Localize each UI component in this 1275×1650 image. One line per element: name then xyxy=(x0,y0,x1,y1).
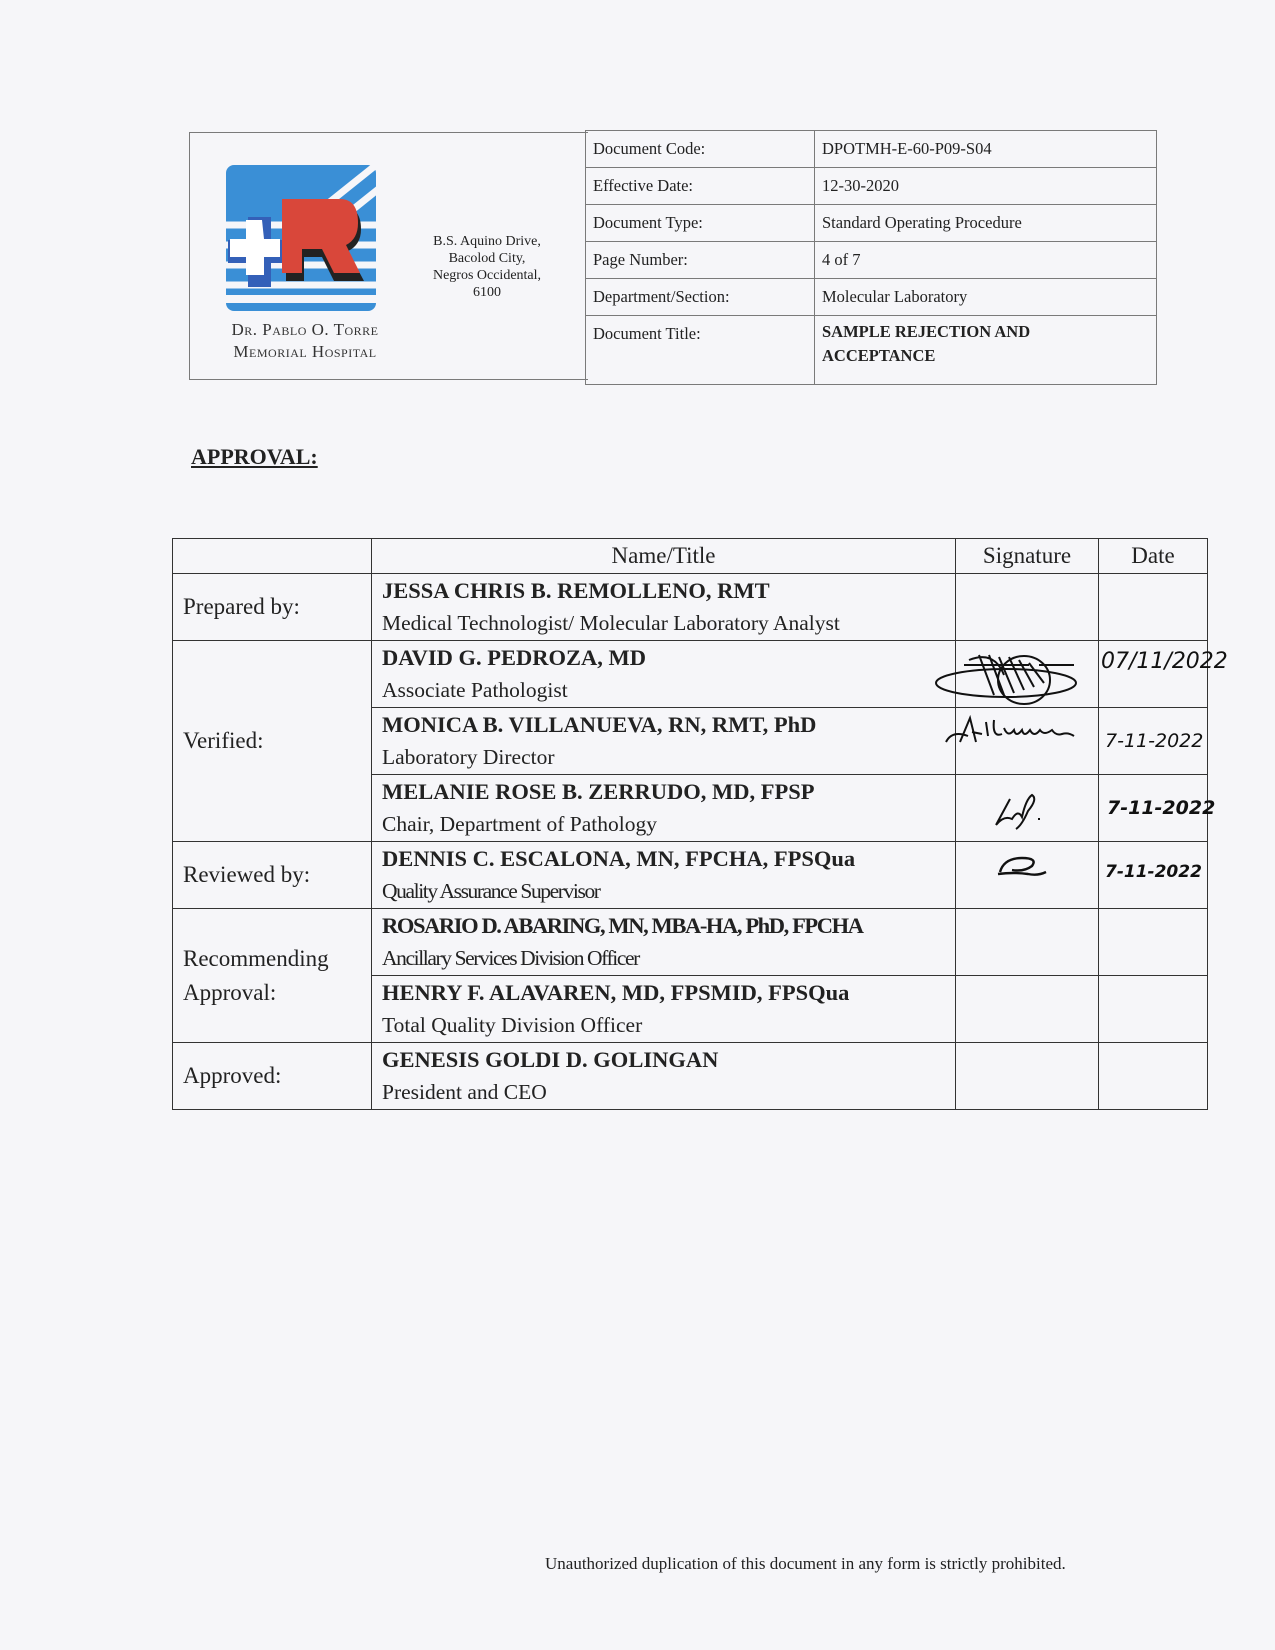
hospital-logo-icon xyxy=(226,165,382,313)
hospital-name: Dr. Pablo O. Torre Memorial Hospital xyxy=(200,319,410,363)
signature-cell[interactable] xyxy=(956,641,1099,708)
signature-cell[interactable] xyxy=(956,909,1099,976)
document-title: SAMPLE REJECTION AND ACCEPTANCE xyxy=(815,316,1157,385)
table-row: Prepared by: JESSA CHRIS B. REMOLLENO, R… xyxy=(173,574,1208,641)
date-cell[interactable] xyxy=(1099,976,1208,1043)
effective-date: 12-30-2020 xyxy=(815,168,1157,205)
document-type: Standard Operating Procedure xyxy=(815,205,1157,242)
person-name-title: MELANIE ROSE B. ZERRUDO, MD, FPSP Chair,… xyxy=(372,775,956,842)
date-cell[interactable]: 7-11-2022 xyxy=(1099,775,1208,842)
role-approved: Approved: xyxy=(173,1043,372,1110)
table-row: Reviewed by: DENNIS C. ESCALONA, MN, FPC… xyxy=(173,842,1208,909)
person-name-title: GENESIS GOLDI D. GOLINGAN President and … xyxy=(372,1043,956,1110)
date-cell[interactable] xyxy=(1099,909,1208,976)
meta-row-title: Document Title: SAMPLE REJECTION AND ACC… xyxy=(586,316,1157,385)
column-header-name-title: Name/Title xyxy=(372,539,956,574)
date-cell[interactable]: 07/11/2022 xyxy=(1099,641,1208,708)
document-meta-table: Document Code: DPOTMH-E-60-P09-S04 Effec… xyxy=(585,130,1157,385)
person-name-title: DENNIS C. ESCALONA, MN, FPCHA, FPSQua Qu… xyxy=(372,842,956,909)
meta-row-code: Document Code: DPOTMH-E-60-P09-S04 xyxy=(586,131,1157,168)
signature-cell[interactable] xyxy=(956,574,1099,641)
handwritten-date: 7-11-2022 xyxy=(1105,862,1202,882)
signature-cell[interactable] xyxy=(956,976,1099,1043)
meta-row-effective-date: Effective Date: 12-30-2020 xyxy=(586,168,1157,205)
signature-cell[interactable] xyxy=(956,775,1099,842)
table-row: Recommending Approval: ROSARIO D. ABARIN… xyxy=(173,909,1208,976)
meta-row-page: Page Number: 4 of 7 xyxy=(586,242,1157,279)
handwritten-signature-icon xyxy=(942,712,1082,752)
approval-heading: APPROVAL: xyxy=(191,444,318,470)
person-name-title: JESSA CHRIS B. REMOLLENO, RMT Medical Te… xyxy=(372,574,956,641)
column-header-date: Date xyxy=(1099,539,1208,574)
role-verified: Verified: xyxy=(173,641,372,842)
person-name-title: DAVID G. PEDROZA, MD Associate Pathologi… xyxy=(372,641,956,708)
date-cell[interactable] xyxy=(1099,1043,1208,1110)
signature-cell[interactable] xyxy=(956,1043,1099,1110)
approval-table: Name/Title Signature Date Prepared by: J… xyxy=(172,538,1208,1110)
hospital-address: B.S. Aquino Drive, Bacolod City, Negros … xyxy=(412,233,562,301)
table-row: Approved: GENESIS GOLDI D. GOLINGAN Pres… xyxy=(173,1043,1208,1110)
document-code: DPOTMH-E-60-P09-S04 xyxy=(815,131,1157,168)
document-header: Dr. Pablo O. Torre Memorial Hospital B.S… xyxy=(189,130,1157,380)
table-row: Verified: DAVID G. PEDROZA, MD Associate… xyxy=(173,641,1208,708)
handwritten-signature-icon xyxy=(992,785,1052,833)
role-prepared-by: Prepared by: xyxy=(173,574,372,641)
signature-cell[interactable] xyxy=(956,842,1099,909)
hospital-identity: Dr. Pablo O. Torre Memorial Hospital B.S… xyxy=(189,132,588,380)
handwritten-date: 7-11-2022 xyxy=(1107,797,1215,819)
footer-notice: Unauthorized duplication of this documen… xyxy=(545,1554,1066,1574)
handwritten-date: 07/11/2022 xyxy=(1101,649,1228,674)
handwritten-signature-icon xyxy=(934,635,1094,715)
date-cell[interactable]: 7-11-2022 xyxy=(1099,842,1208,909)
handwritten-signature-icon xyxy=(994,852,1050,880)
table-header-row: Name/Title Signature Date xyxy=(173,539,1208,574)
person-name-title: MONICA B. VILLANUEVA, RN, RMT, PhD Labor… xyxy=(372,708,956,775)
meta-row-department: Department/Section: Molecular Laboratory xyxy=(586,279,1157,316)
page-number: 4 of 7 xyxy=(815,242,1157,279)
meta-row-type: Document Type: Standard Operating Proced… xyxy=(586,205,1157,242)
role-reviewed-by: Reviewed by: xyxy=(173,842,372,909)
person-name-title: HENRY F. ALAVAREN, MD, FPSMID, FPSQua To… xyxy=(372,976,956,1043)
department-section: Molecular Laboratory xyxy=(815,279,1157,316)
signature-cell[interactable] xyxy=(956,708,1099,775)
person-name-title: ROSARIO D. ABARING, MN, MBA-HA, PhD, FPC… xyxy=(372,909,956,976)
date-cell[interactable]: 7-11-2022 xyxy=(1099,708,1208,775)
date-cell[interactable] xyxy=(1099,574,1208,641)
column-header-signature: Signature xyxy=(956,539,1099,574)
handwritten-date: 7-11-2022 xyxy=(1105,730,1203,752)
role-recommending-approval: Recommending Approval: xyxy=(173,909,372,1043)
